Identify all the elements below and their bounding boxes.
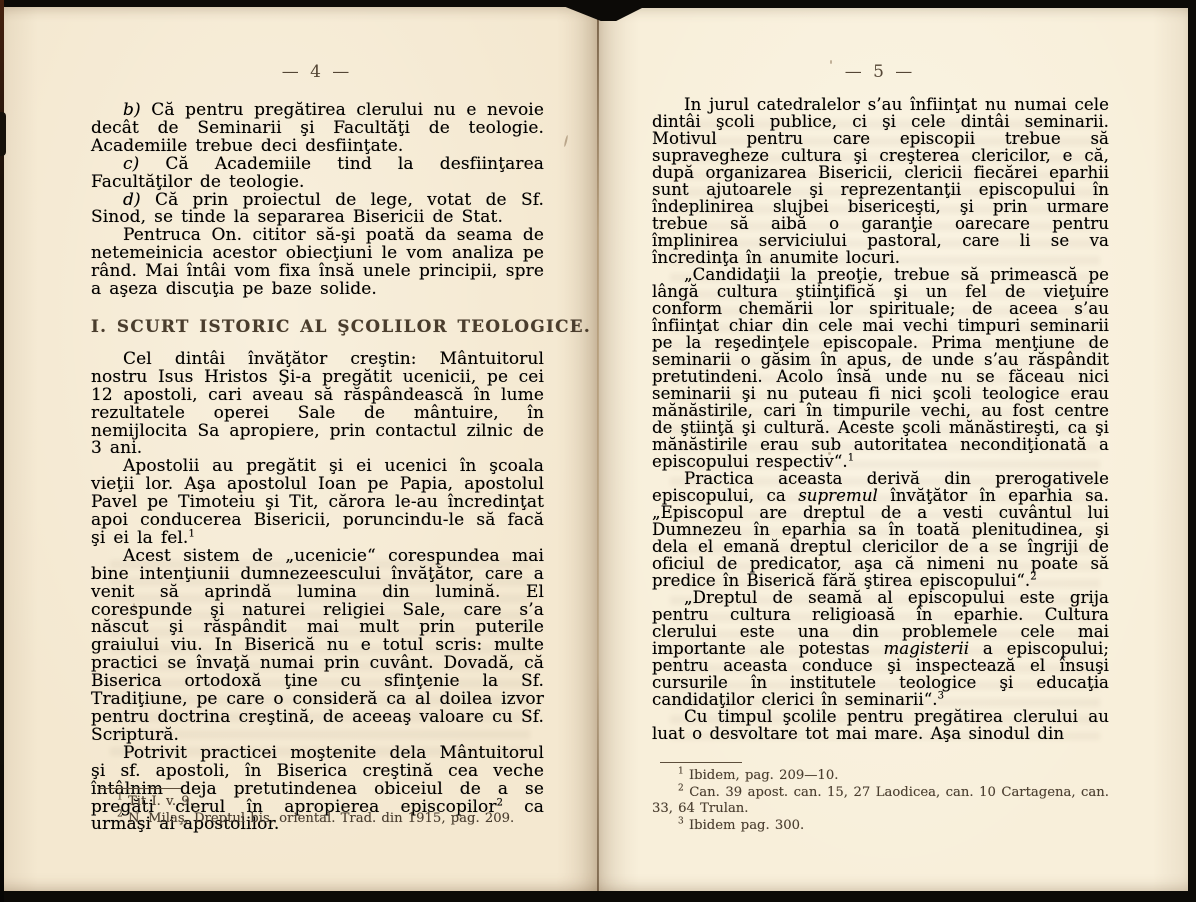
paragraph-apostolii: Apostolii au pregătit şi ei ucenici în ş…: [91, 458, 544, 548]
footnote-text: Ibidem, pag. 209—10.: [689, 768, 838, 783]
paragraph-pentruca: Pentruca On. cititor să-şi poată da seam…: [91, 227, 544, 299]
paragraph-objection-b: b) Că pentru pregătirea clerului nu e ne…: [91, 102, 544, 156]
paragraph-text: Că prin proiectul de lege, votat de Sf. …: [91, 190, 544, 228]
footnote-marker: 1: [678, 767, 684, 777]
footnote-rule: [660, 762, 742, 763]
page-5-text: In jurul catedralelor s’au înfiinţat nu …: [652, 96, 1109, 742]
footnote: 1 Tit I. v. 9.: [91, 794, 543, 811]
paragraph-objection-c: c) Că Academiile tind la desfiinţarea Fa…: [91, 156, 544, 192]
paragraph-in-jurul: In jurul catedralelor s’au înfiinţat nu …: [652, 96, 1109, 266]
paragraph-acest-sistem: Acest sistem de „ucenicie“ corespundea m…: [91, 548, 544, 745]
footnote-ref-1: 1: [848, 452, 854, 463]
paragraph-text: Că Academiile tind la desfiinţarea Facul…: [91, 154, 544, 192]
paragraph-text: Că pentru pregătirea clerului nu e nevoi…: [91, 100, 544, 156]
footnote-ref-3: 3: [938, 690, 944, 701]
footnote-marker: 1: [117, 793, 123, 803]
footnote-ref-1: 1: [188, 528, 194, 539]
paragraph-cel-dintai: Cel dintâi învăţător creştin: Mântuitoru…: [91, 351, 544, 458]
paragraph-practica: Practica aceasta derivă din prerogativel…: [652, 470, 1109, 589]
footnote-ref-2: 2: [1030, 571, 1036, 582]
paragraph-objection-d: d) Că prin proiectul de lege, votat de S…: [91, 192, 544, 228]
page-number-4: — 4 —: [91, 62, 543, 82]
footnote: 2 N. Milaş, Dreptul bis. oriental. Trad.…: [91, 811, 543, 828]
page-5-footnotes: 1 Ibidem, pag. 209—10. 2 Can. 39 apost. …: [652, 762, 1109, 834]
footnote-text: Can. 39 apost. can. 15, 27 Laodicea, can…: [652, 785, 1109, 817]
footnote-text: N. Milaş, Dreptul bis. oriental. Trad. d…: [128, 811, 514, 826]
footnote-text: Ibidem pag. 300.: [689, 818, 804, 833]
footnote-marker: 3: [678, 816, 684, 826]
paragraph-text: Apostolii au pregătit şi ei ucenici în ş…: [91, 456, 544, 548]
gutter-seam: [597, 7, 599, 891]
book-scan-photo: { "colors": { "paper_left": "#f4e8d0", "…: [0, 0, 1196, 902]
footnote-marker: 2: [117, 809, 123, 819]
footnote-marker: 2: [678, 783, 684, 793]
page-number-5: — 5 —: [652, 62, 1108, 82]
paragraph-candidatii: „Candidaţii la preoţie, trebue să primea…: [652, 266, 1109, 470]
footnote: 2 Can. 39 apost. can. 15, 27 Laodicea, c…: [652, 785, 1109, 818]
footnote: 1 Ibidem, pag. 209—10.: [652, 768, 1109, 785]
paragraph-cu-timpul: Cu timpul şcolile pentru pregătirea cler…: [652, 708, 1109, 742]
page-4-footnotes: 1 Tit I. v. 9. 2 N. Milaş, Dreptul bis. …: [91, 788, 543, 827]
footnote: 3 Ibidem pag. 300.: [652, 818, 1109, 835]
footnote-rule: [99, 788, 181, 789]
paragraph-dreptul: „Dreptul de seamă al episcopului este gr…: [652, 589, 1109, 708]
page-4-text: b) Că pentru pregătirea clerului nu e ne…: [91, 102, 544, 834]
section-heading-scurt-istoric: I. SCURT ISTORIC AL ŞCOLILOR TEOLOGICE.: [91, 318, 544, 336]
paragraph-text: „Candidaţii la preoţie, trebue să primea…: [652, 265, 1109, 471]
binding-notch: [0, 112, 6, 156]
footnote-text: Tit I. v. 9.: [128, 794, 194, 809]
